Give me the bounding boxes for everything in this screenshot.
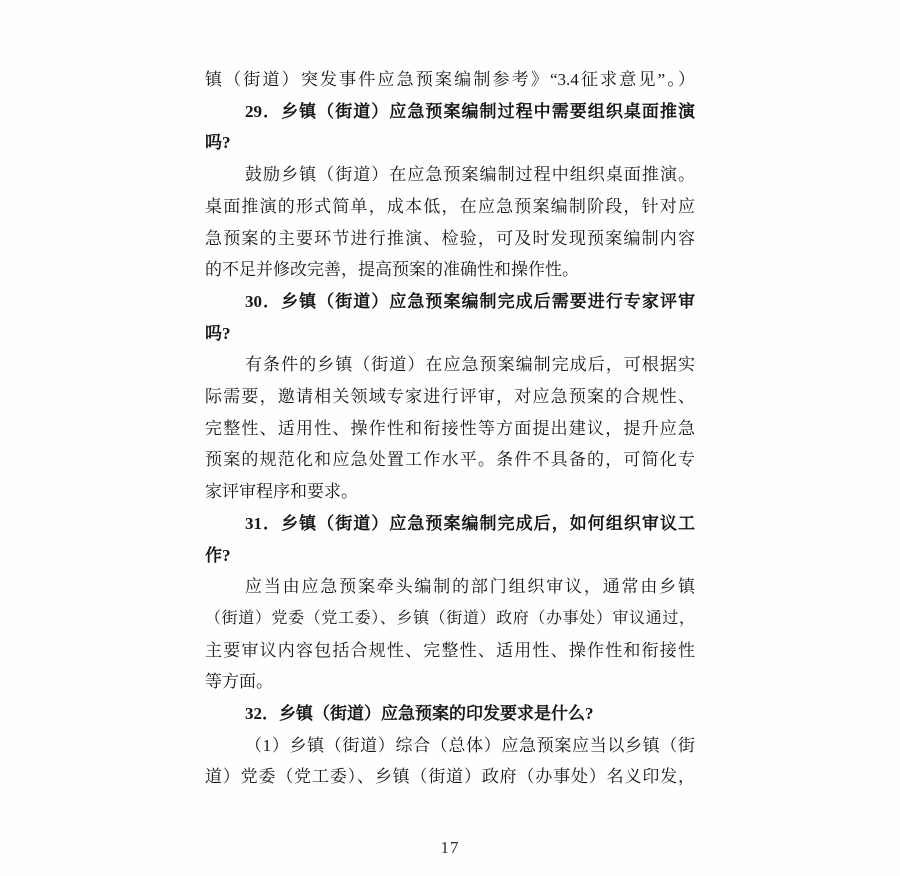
text-line: 等方面。 xyxy=(205,666,695,698)
question-heading-31: 31．乡镇（街道）应急预案编制完成后，如何组织审议工 xyxy=(205,508,695,540)
question-heading-31-cont: 作? xyxy=(205,540,695,572)
text-line: 桌面推演的形式简单，成本低，在应急预案编制阶段，针对应 xyxy=(205,191,695,223)
text-line: 预案的规范化和应急处置工作水平。条件不具备的，可简化专 xyxy=(205,444,695,476)
question-heading-30-cont: 吗? xyxy=(205,318,695,350)
text-line: 际需要，邀请相关领域专家进行评审，对应急预案的合规性、 xyxy=(205,381,695,413)
page-number: 17 xyxy=(0,838,900,858)
text-line: 有条件的乡镇（街道）在应急预案编制完成后，可根据实 xyxy=(205,349,695,381)
question-heading-32: 32．乡镇（街道）应急预案的印发要求是什么? xyxy=(205,698,695,730)
text-line: 的不足并修改完善，提高预案的准确性和操作性。 xyxy=(205,254,695,286)
text-line: 急预案的主要环节进行推演、检验，可及时发现预案编制内容 xyxy=(205,223,695,255)
text-block: 镇（街道）突发事件应急预案编制参考》“3.4征求意见”。） 29．乡镇（街道）应… xyxy=(205,64,695,793)
text-line: 应当由应急预案牵头编制的部门组织审议，通常由乡镇 xyxy=(205,571,695,603)
text-line: （1）乡镇（街道）综合（总体）应急预案应当以乡镇（街 xyxy=(205,730,695,762)
text-line: 家评审程序和要求。 xyxy=(205,476,695,508)
text-line: 鼓励乡镇（街道）在应急预案编制过程中组织桌面推演。 xyxy=(205,159,695,191)
question-heading-29: 29．乡镇（街道）应急预案编制过程中需要组织桌面推演 xyxy=(205,96,695,128)
question-heading-29-cont: 吗? xyxy=(205,127,695,159)
text-line: 主要审议内容包括合规性、完整性、适用性、操作性和衔接性 xyxy=(205,635,695,667)
text-line: （街道）党委（党工委）、乡镇（街道）政府（办事处）审议通过， xyxy=(205,603,695,635)
question-heading-30: 30．乡镇（街道）应急预案编制完成后需要进行专家评审 xyxy=(205,286,695,318)
text-line: 道）党委（党工委）、乡镇（街道）政府（办事处）名义印发， xyxy=(205,761,695,793)
text-line: 完整性、适用性、操作性和衔接性等方面提出建议，提升应急 xyxy=(205,413,695,445)
text-line: 镇（街道）突发事件应急预案编制参考》“3.4征求意见”。） xyxy=(205,64,695,96)
document-page: 镇（街道）突发事件应急预案编制参考》“3.4征求意见”。） 29．乡镇（街道）应… xyxy=(0,0,900,876)
